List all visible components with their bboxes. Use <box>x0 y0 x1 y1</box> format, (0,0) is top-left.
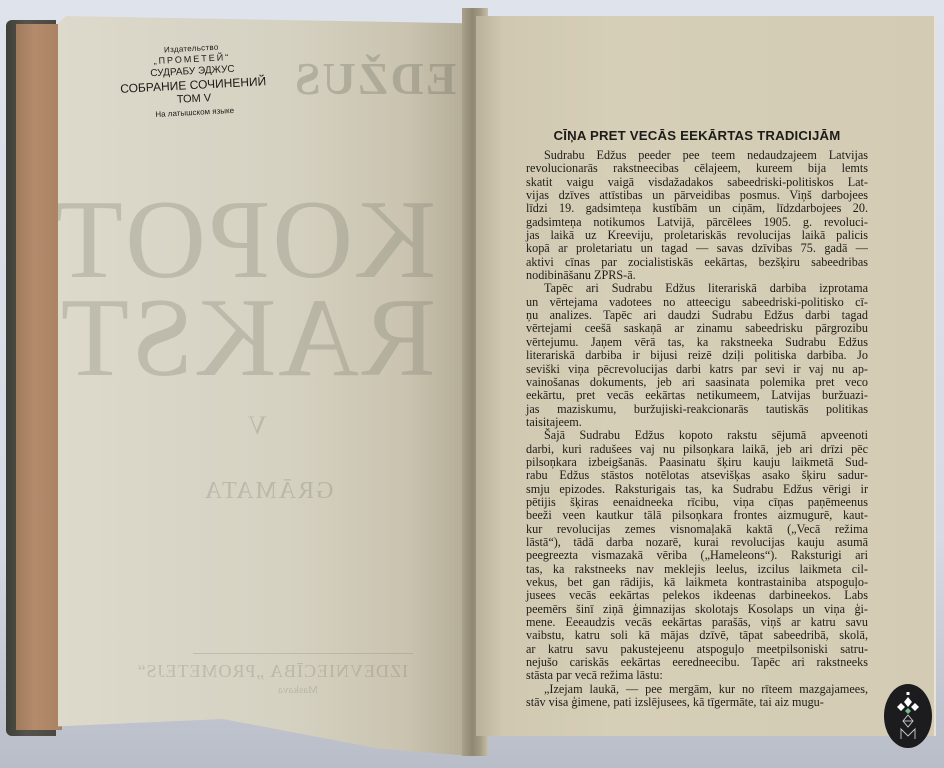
paragraph: Sudrabu Edžus peeder pee teem nedaudzaje… <box>526 149 868 282</box>
text-line: vainošanas dokuments, jeb ari saasinata … <box>526 376 868 389</box>
book-photo: Издательство „ПРОМЕТЕЙ“ СУДРАБУ ЭДЖУС СО… <box>0 0 944 768</box>
text-line: beeži veen kautkur tālā pilsoņkara front… <box>526 509 868 522</box>
text-line: vērtejami ceešā saskaņā ar zinamu sabeed… <box>526 322 868 335</box>
text-line: seviški viņa pēcrevolucijas darbi katrs … <box>526 363 868 376</box>
ghost-volume: V <box>248 411 267 441</box>
ornament-logo-icon <box>884 684 932 748</box>
paragraph: Tapēc ari Sudrabu Edžus literariskā darb… <box>526 282 868 429</box>
article-content: CĪŅA PRET VECĀS EEKĀRTAS TRADICIJĀM Sudr… <box>526 128 868 709</box>
text-line: stāv visa ģimene, pati izslējusees, kā t… <box>526 696 868 709</box>
article-body: Sudrabu Edžus peeder pee teem nedaudzaje… <box>526 149 868 709</box>
text-line: smju epizodes. Raksturigais tas, ka Sudr… <box>526 483 868 496</box>
paragraph: Šajā Sudrabu Edžus kopoto rakstu sējumā … <box>526 429 868 683</box>
book-endpaper <box>16 24 62 730</box>
paragraph: „Izejam laukā, — pee mergām, kur no rīte… <box>526 683 868 710</box>
text-line: kur revolucijas zemes visnomaļakā kaktā … <box>526 523 868 536</box>
text-line: Šajā Sudrabu Edžus kopoto rakstu sējumā … <box>526 429 868 442</box>
text-line: taisitajeem. <box>526 416 868 429</box>
text-line: literariskā darbiba ir bijusi reizē dziļ… <box>526 349 868 362</box>
ghost-book-label: GRĀMATA <box>198 478 338 505</box>
text-line: aktivi cīnas par zocialistiskās eekārtas… <box>526 256 868 269</box>
text-line: peegreezta vismazakā vēriba („Hameleons“… <box>526 549 868 562</box>
text-line: pētijis šķiras eenaidneeka rīcibu, viņa … <box>526 496 868 509</box>
text-line: stāsta par vecā režima lāstu: <box>526 669 868 682</box>
text-line: eekārtu, pret vecās eekārtas netikumeem,… <box>526 389 868 402</box>
text-line: rabu Edžus stāstos notēlotas atsevišķas … <box>526 469 868 482</box>
left-page-title-page: Издательство „ПРОМЕТЕЙ“ СУДРАБУ ЭДЖУС СО… <box>58 16 470 756</box>
text-line: jas maziskumu, buržujiski-reakcionarās t… <box>526 403 868 416</box>
right-page-text: CĪŅA PRET VECĀS EEKĀRTAS TRADICIJĀM Sudr… <box>476 16 936 736</box>
text-line: vijas dzīves attīstibas un pārveidibas p… <box>526 189 868 202</box>
text-line: darbi, kuri radušees vaj nu pilsoņkara l… <box>526 443 868 456</box>
text-line: nodibināšanu ZPRS-ā. <box>526 269 868 282</box>
text-line: ar katru savu pakustejeenu atspoguļo mee… <box>526 643 868 656</box>
article-heading: CĪŅA PRET VECĀS EEKĀRTAS TRADICIJĀM <box>526 128 868 143</box>
text-line: „Izejam laukā, — pee mergām, kur no rīte… <box>526 683 868 696</box>
text-line: kopā ar proletariatu un tagad — savas dz… <box>526 242 868 255</box>
text-line: ņu analizes. Tapēc ari daudzi Sudrabu Ed… <box>526 309 868 322</box>
text-line: un vērtejama vadotees no atteecigu sabee… <box>526 296 868 309</box>
text-line: tas, ka rakstneeks nav meklejis leelus, … <box>526 563 868 576</box>
ghost-publisher-line: IZDEVNIECĪBA „PROMETEJS“ <box>168 661 408 682</box>
text-line: gadsimteņa notikumos Latvijā, pārcēlees … <box>526 216 868 229</box>
text-line: jusees vecās eekārtas pelekos ikdeenas d… <box>526 589 868 602</box>
text-line: vekus, bet gan rādijis, kā laikmeta kont… <box>526 576 868 589</box>
text-line: lāstā“), tādā darba nozarē, kurai revolu… <box>526 536 868 549</box>
publisher-stamp: Издательство „ПРОМЕТЕЙ“ СУДРАБУ ЭДЖУС СО… <box>111 40 275 121</box>
ghost-title-line2: RAKSTI <box>106 274 436 403</box>
watermark-logo <box>884 684 932 748</box>
ghost-rule <box>193 653 413 654</box>
text-line: līdzi 19. gadsimteņa kustībām un ciņām, … <box>526 202 868 215</box>
text-line: mene. Eeeaudzis vecās eekārtas parašās, … <box>526 616 868 629</box>
text-line: nejušo cariskās eekārtas eeredneecibu. T… <box>526 656 868 669</box>
text-line: jas laikā uz Kreeviju, proletariskās rev… <box>526 229 868 242</box>
text-line: Tapēc ari Sudrabu Edžus literariskā darb… <box>526 282 868 295</box>
ghost-publisher-sub: Maskava <box>188 684 408 696</box>
text-line: pilsoņkara izbeigšanās. Paasinatu šķiru … <box>526 456 868 469</box>
text-line: vaibstu, katru soli kā mājas dzīvē, tāpa… <box>526 629 868 642</box>
text-line: vērtejumu. Jaņem vērā tas, ka rakstneeka… <box>526 336 868 349</box>
text-line: Sudrabu Edžus peeder pee teem nedaudzaje… <box>526 149 868 162</box>
text-line: skatit vaigu vaigā visdažadakos sabeedri… <box>526 176 868 189</box>
text-line: revolucionarās rakstneecibas cēlajeem, k… <box>526 162 868 175</box>
text-line: peemērs šinī ziņā ģimnazijas skolotajs K… <box>526 603 868 616</box>
